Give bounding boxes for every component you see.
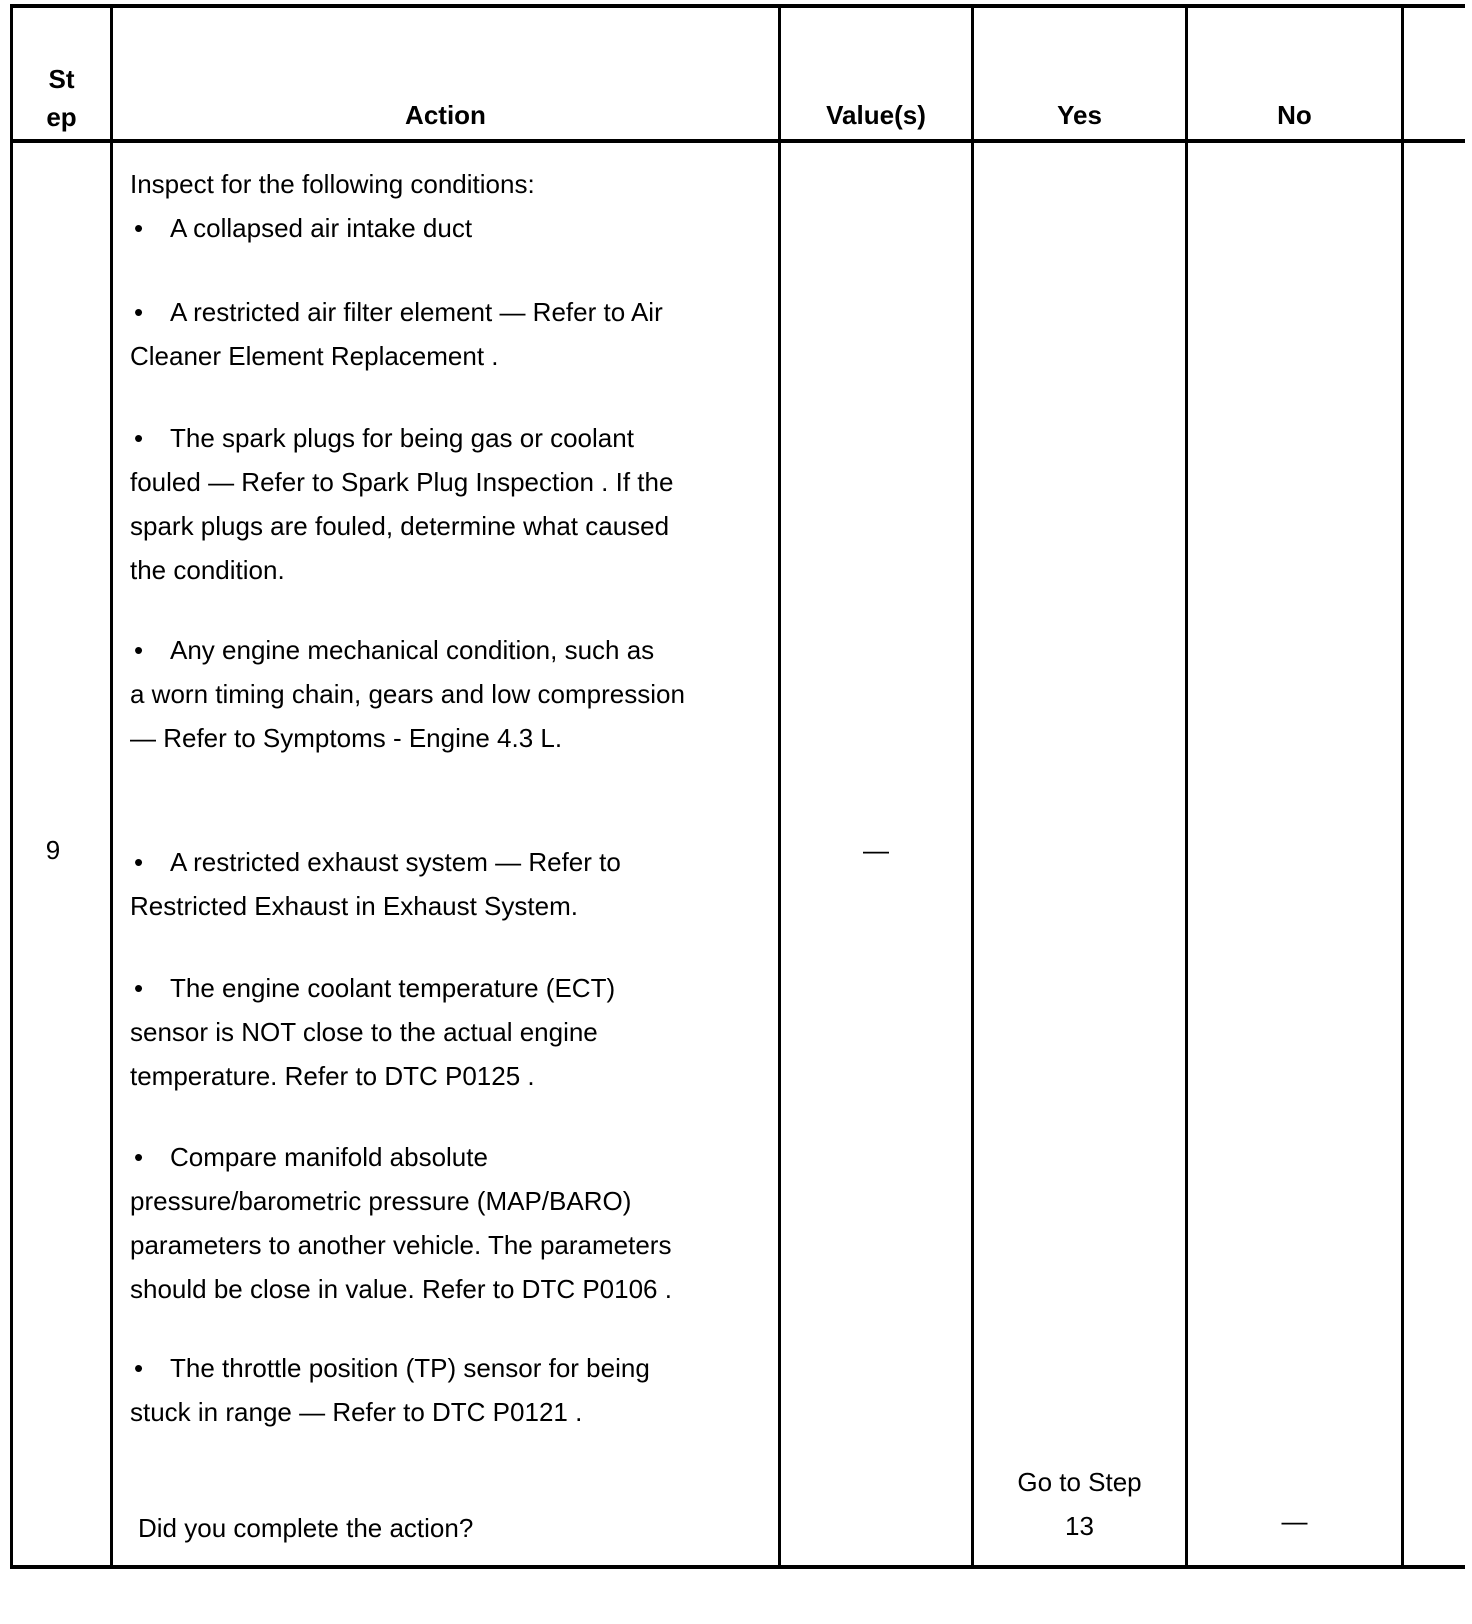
action-intro: Inspect for the following conditions: (130, 162, 535, 206)
condition-item: •Compare manifold absolutepressure/barom… (130, 1135, 672, 1311)
table-top-border (10, 4, 1465, 8)
completion-question: Did you complete the action? (138, 1506, 473, 1550)
column-divider (971, 4, 974, 1569)
condition-line: parameters to another vehicle. The param… (130, 1223, 672, 1267)
condition-item: •A restricted air filter element — Refer… (130, 290, 663, 378)
yes-cell[interactable]: Go to Step 13 (974, 1460, 1185, 1548)
condition-line: should be close in value. Refer to DTC P… (130, 1267, 672, 1311)
bullet-icon: • (130, 1346, 170, 1390)
bullet-icon: • (130, 206, 170, 250)
condition-line: pressure/barometric pressure (MAP/BARO) (130, 1179, 672, 1223)
header-step-line2: ep (13, 98, 110, 136)
condition-line: •A collapsed air intake duct (130, 206, 472, 250)
column-divider (1401, 4, 1404, 1569)
header-no: No (1188, 100, 1401, 131)
condition-item: •A collapsed air intake duct (130, 206, 472, 250)
column-divider (110, 4, 113, 1569)
condition-line: — Refer to Symptoms - Engine 4.3 L. (130, 716, 685, 760)
go-to-step-number[interactable]: 13 (974, 1504, 1185, 1548)
condition-line: •A restricted air filter element — Refer… (130, 290, 663, 334)
bullet-icon: • (130, 416, 170, 460)
go-to-step-label[interactable]: Go to Step (974, 1460, 1185, 1504)
step-number: 9 (13, 835, 93, 866)
condition-line: stuck in range — Refer to DTC P0121 . (130, 1390, 650, 1434)
condition-line: •Any engine mechanical condition, such a… (130, 628, 685, 672)
condition-line: •The spark plugs for being gas or coolan… (130, 416, 673, 460)
condition-line: •The engine coolant temperature (ECT) (130, 966, 615, 1010)
bullet-icon: • (130, 1135, 170, 1179)
value-cell: — (781, 835, 971, 866)
condition-item: •A restricted exhaust system — Refer toR… (130, 840, 621, 928)
condition-item: •The throttle position (TP) sensor for b… (130, 1346, 650, 1434)
condition-line: •A restricted exhaust system — Refer to (130, 840, 621, 884)
header-values: Value(s) (781, 100, 971, 131)
column-divider (778, 4, 781, 1569)
table-bottom-border (10, 1565, 1465, 1569)
condition-line: sensor is NOT close to the actual engine (130, 1010, 615, 1054)
column-divider (10, 4, 13, 1569)
bullet-icon: • (130, 290, 170, 334)
bullet-icon: • (130, 840, 170, 884)
condition-line: a worn timing chain, gears and low compr… (130, 672, 685, 716)
condition-line: temperature. Refer to DTC P0125 . (130, 1054, 615, 1098)
condition-item: •Any engine mechanical condition, such a… (130, 628, 685, 760)
header-step: St ep (13, 60, 110, 136)
header-action: Action (113, 100, 778, 131)
condition-line: fouled — Refer to Spark Plug Inspection … (130, 460, 673, 504)
condition-line: •The throttle position (TP) sensor for b… (130, 1346, 650, 1390)
bullet-icon: • (130, 628, 170, 672)
header-divider (10, 139, 1465, 143)
condition-line: the condition. (130, 548, 673, 592)
condition-line: •Compare manifold absolute (130, 1135, 672, 1179)
column-divider (1185, 4, 1188, 1569)
condition-line: Cleaner Element Replacement . (130, 334, 663, 378)
condition-item: •The spark plugs for being gas or coolan… (130, 416, 673, 592)
header-yes: Yes (974, 100, 1185, 131)
condition-line: Restricted Exhaust in Exhaust System. (130, 884, 621, 928)
no-cell: — (1188, 1506, 1401, 1537)
header-step-line1: St (13, 60, 110, 98)
bullet-icon: • (130, 966, 170, 1010)
condition-item: •The engine coolant temperature (ECT)sen… (130, 966, 615, 1098)
condition-line: spark plugs are fouled, determine what c… (130, 504, 673, 548)
